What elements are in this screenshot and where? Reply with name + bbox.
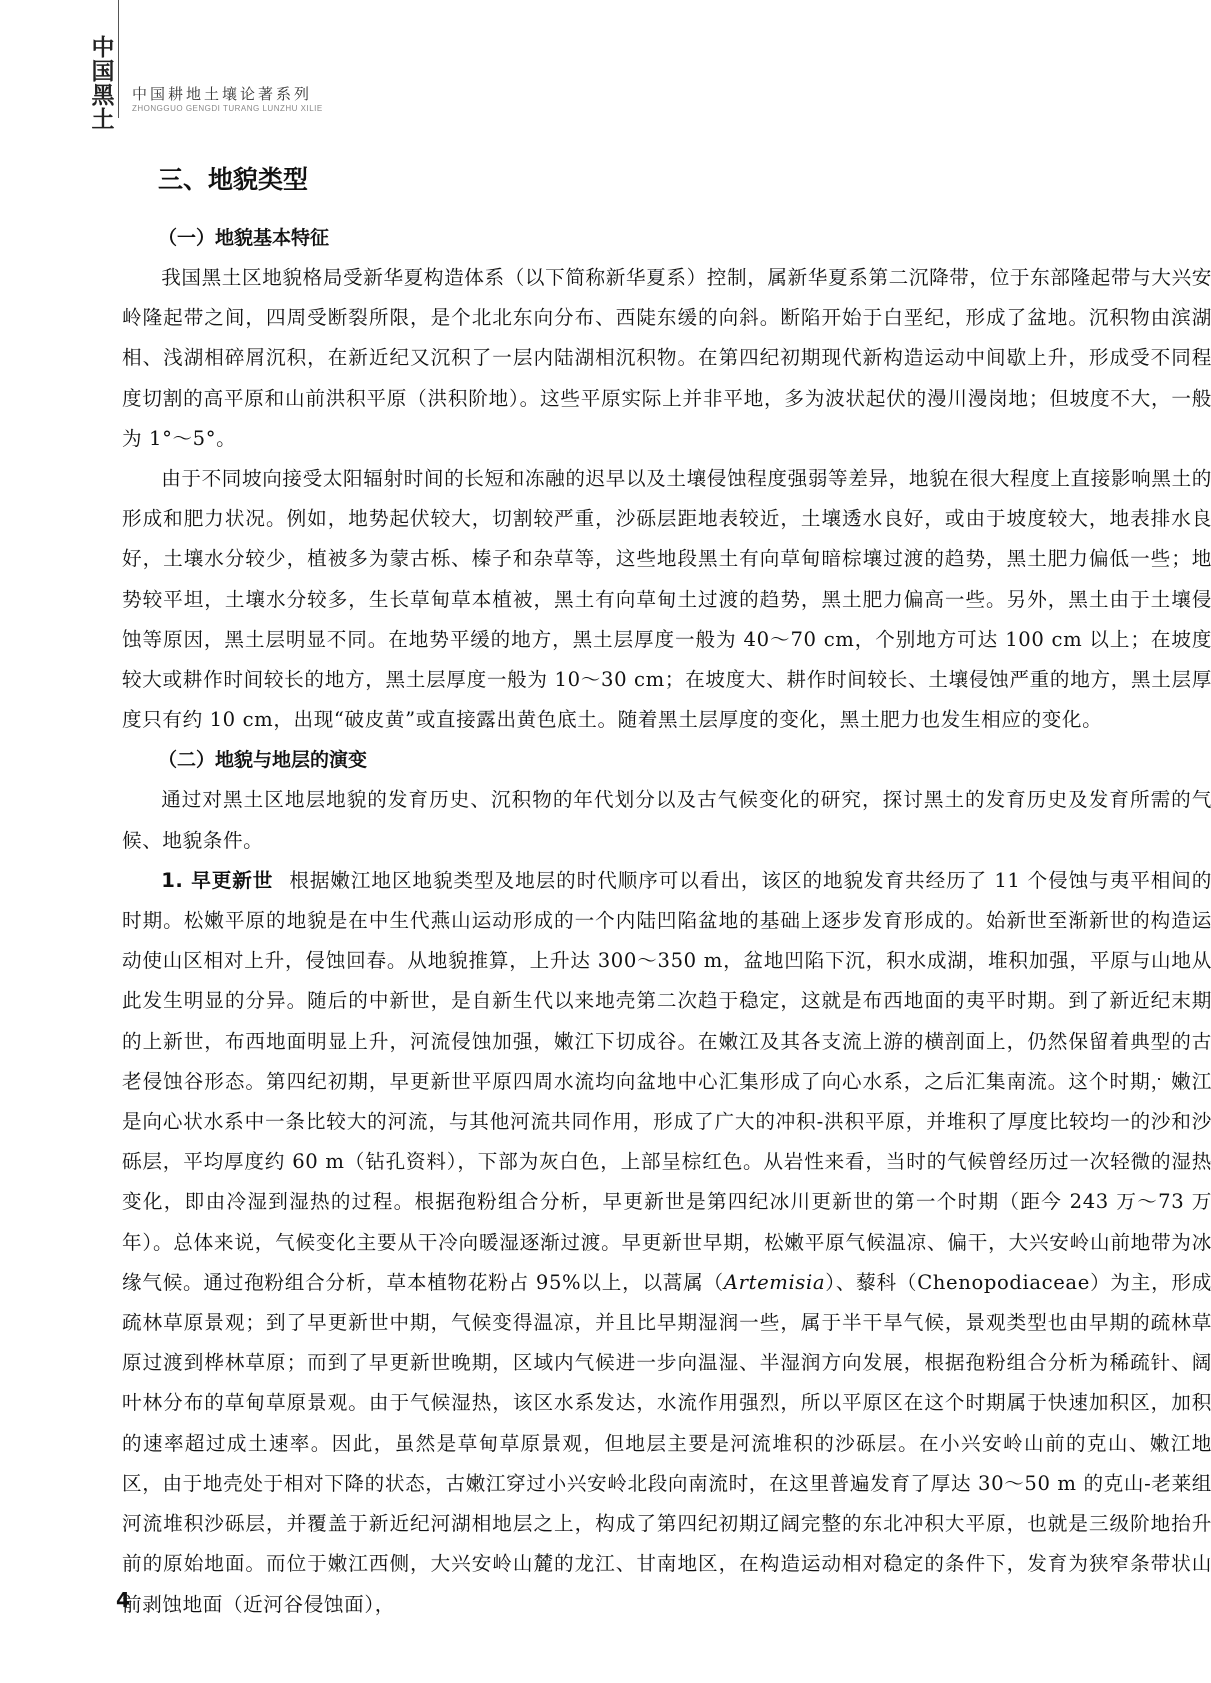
- page-number: 4: [116, 1588, 130, 1612]
- page-content: 三、地貌类型 （一）地貌基本特征 我国黑土区地貌格局受新华夏构造体系（以下简称新…: [122, 160, 1211, 1625]
- scan-artifact-dot: [1158, 1078, 1160, 1080]
- subsection-title-1: （一）地貌基本特征: [158, 218, 1211, 258]
- body-paragraph: 我国黑土区地貌格局受新华夏构造体系（以下简称新华夏系）控制，属新华夏系第二沉降带…: [122, 258, 1211, 459]
- header-vertical-rule: [118, 0, 119, 118]
- item-text-continued: ）、藜科（Chenopodiaceae）为主，形成疏林草原景观；到了早更新世中期…: [122, 1271, 1211, 1616]
- item-heading: 1. 早更新世: [161, 869, 273, 892]
- section-title: 三、地貌类型: [158, 160, 1211, 218]
- spine-char: 中: [90, 36, 116, 60]
- body-paragraph: 由于不同坡向接受太阳辐射时间的长短和冻融的迟早以及土壤侵蚀程度强弱等差异，地貌在…: [122, 459, 1211, 740]
- body-paragraph-early-pleistocene: 1. 早更新世根据嫩江地区地貌类型及地层的时代顺序可以看出，该区的地貌发育共经历…: [122, 861, 1211, 1625]
- body-paragraph: 通过对黑土区地层地貌的发育历史、沉积物的年代划分以及古气候变化的研究，探讨黑土的…: [122, 780, 1211, 860]
- series-title: 中国耕地土壤论著系列: [132, 83, 312, 104]
- book-spine-title: 中 国 黑 土: [90, 36, 116, 132]
- spine-char: 黑: [90, 84, 116, 108]
- spine-char: 土: [90, 108, 116, 132]
- series-subtitle-pinyin: ZHONGGUO GENGDI TURANG LUNZHU XILIE: [132, 104, 323, 113]
- subsection-title-2: （二）地貌与地层的演变: [158, 740, 1211, 780]
- item-text: 根据嫩江地区地貌类型及地层的时代顺序可以看出，该区的地貌发育共经历了 11 个侵…: [122, 869, 1211, 1294]
- spine-char: 国: [90, 60, 116, 84]
- latin-term: Artemisia: [724, 1271, 825, 1294]
